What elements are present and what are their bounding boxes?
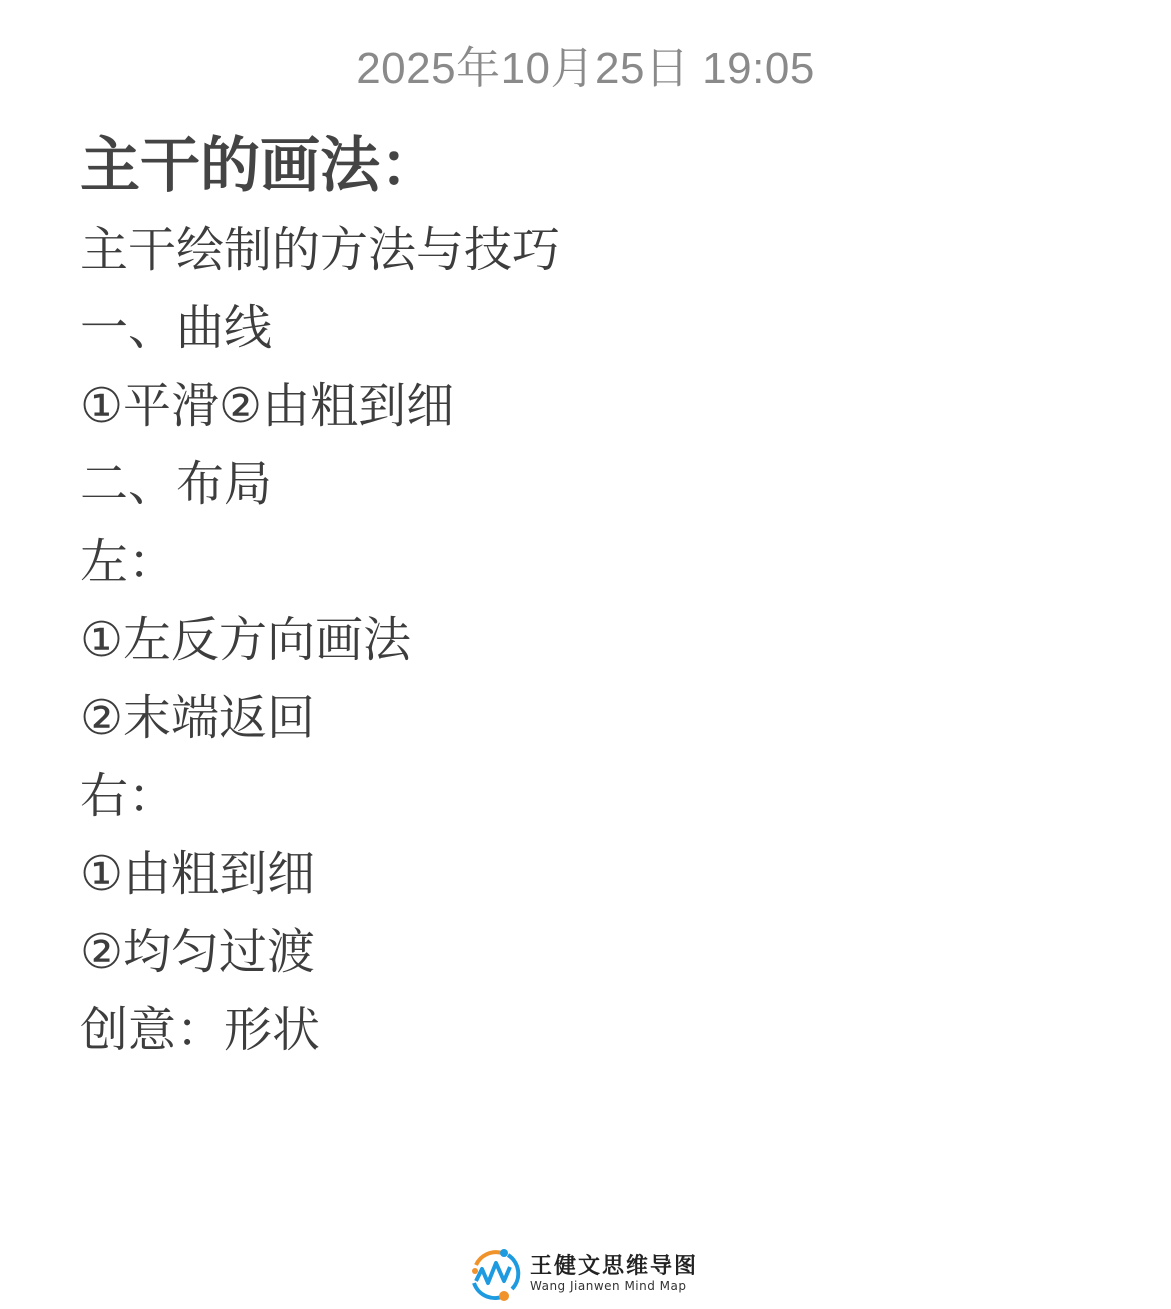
note-date: 2025年10月25日 19:05 [0,32,1171,96]
note-line: ①平滑②由粗到细 [80,378,560,456]
note-title: 主干的画法： [80,118,440,204]
note-line: 左： [80,534,560,612]
note-line: 右： [80,768,560,846]
note-line: 创意：形状 [80,1002,560,1080]
note-line: ②末端返回 [80,690,560,768]
note-line: ①左反方向画法 [80,612,560,690]
note-line: 主干绘制的方法与技巧 [80,222,560,300]
note-line: 二、布局 [80,456,560,534]
logo-english-name: Wang Jianwen Mind Map [530,1279,698,1293]
note-line: ②均匀过渡 [80,924,560,1002]
watermark-logo: 王健文思维导图 Wang Jianwen Mind Map [466,1244,706,1304]
note-body: 主干绘制的方法与技巧 一、曲线 ①平滑②由粗到细 二、布局 左： ①左反方向画法… [80,222,560,1080]
note-line: 一、曲线 [80,300,560,378]
mind-map-logo-icon [466,1245,524,1303]
note-line: ①由粗到细 [80,846,560,924]
logo-chinese-name: 王健文思维导图 [530,1255,698,1279]
